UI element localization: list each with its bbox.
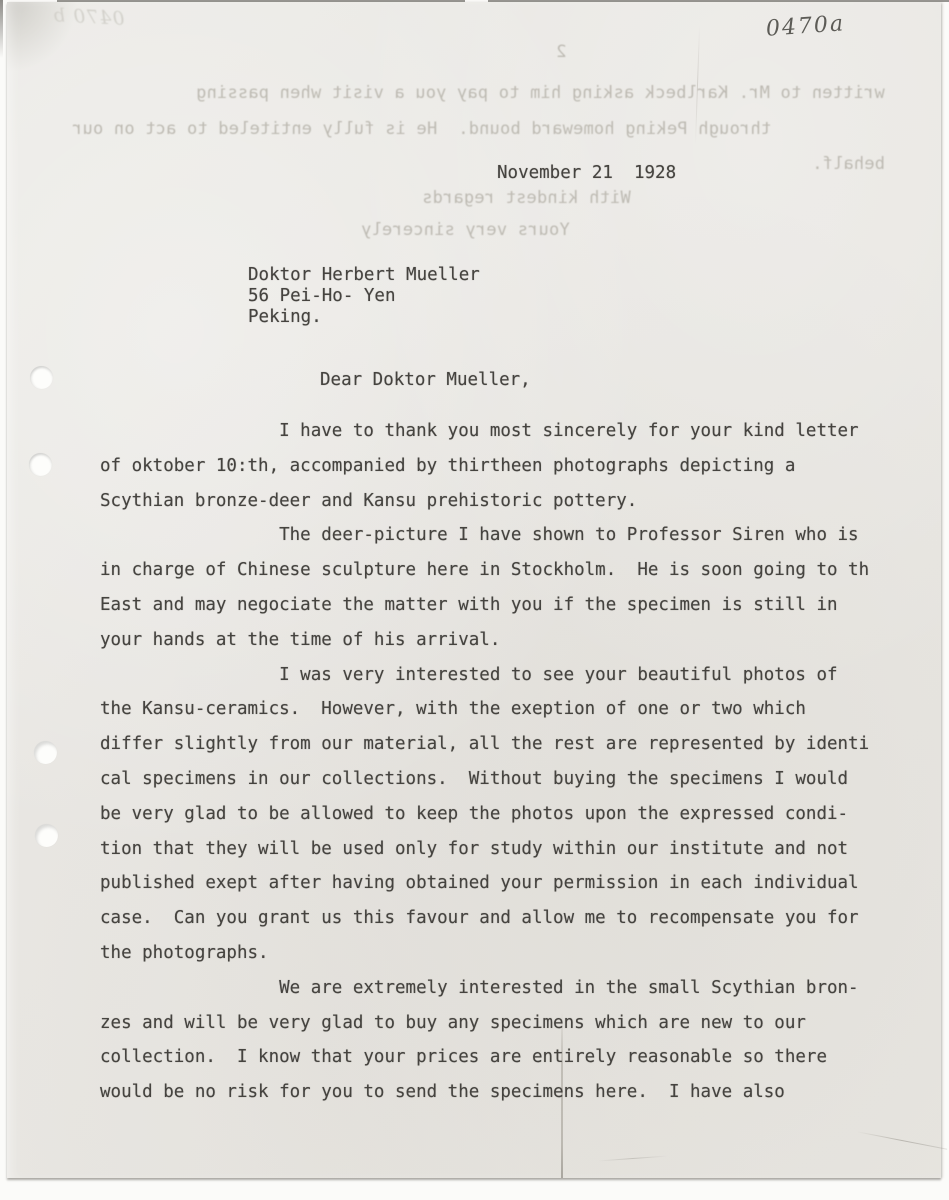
text-line: Doktor Herbert Mueller [248, 265, 480, 286]
bleedthrough-text-line: Yours very sincerely [361, 220, 570, 240]
text-line: of oktober 10:th, accompanied by thirthe… [100, 449, 869, 484]
bleedthrough-text-line: behalf. [812, 154, 885, 174]
text-line: Peking. [248, 307, 480, 328]
text-line: I was very interested to see your beauti… [100, 658, 869, 693]
text-line: Scythian bronze-deer and Kansu prehistor… [100, 484, 869, 519]
punch-hole [34, 741, 57, 764]
text-line: I have to thank you most sincerely for y… [100, 414, 869, 449]
text-line: published exept after having obtained yo… [100, 866, 869, 901]
text-line: case. Can you grant us this favour and a… [100, 901, 869, 936]
text-line: tion that they will be used only for stu… [100, 832, 869, 867]
text-line: The deer-picture I have shown to Profess… [100, 518, 869, 553]
scanned-letter-document: 0470a 0470 b 2 written to Mr. Karlbeck a… [0, 0, 949, 1200]
text-line: in charge of Chinese sculpture here in S… [100, 553, 869, 588]
scan-edge-artifact [0, 0, 3, 58]
recipient-address: Doktor Herbert Mueller56 Pei-Ho- YenPeki… [248, 265, 480, 328]
text-line: cal specimens in our collections. Withou… [100, 762, 869, 797]
text-line: We are extremely interested in the small… [100, 971, 869, 1006]
text-line: be very glad to be allowed to keep the p… [100, 797, 869, 832]
punch-hole [30, 366, 53, 389]
letter-date: November 21 1928 [497, 163, 676, 183]
bleedthrough-text-line: With kindest regards [422, 188, 631, 208]
text-line: your hands at the time of his arrival. [100, 623, 869, 658]
letter-body: I have to thank you most sincerely for y… [100, 414, 869, 1110]
bleedthrough-text-line: written to Mr. Karlbeck asking him to pa… [196, 83, 885, 103]
bleedthrough-page-number: 2 [556, 42, 566, 62]
text-line: zes and will be very glad to buy any spe… [100, 1006, 869, 1041]
text-line: differ slightly from our material, all t… [100, 727, 869, 762]
bleedthrough-text-line: through Peking homeward bound. He is ful… [72, 119, 771, 139]
text-line: the photographs. [100, 936, 869, 971]
punch-hole [29, 453, 52, 476]
text-line: the Kansu-ceramics. However, with the ex… [100, 692, 869, 727]
catalog-number-bleedthrough: 0470 b [51, 4, 125, 30]
scan-edge-artifact [57, 0, 465, 2]
scan-edge-artifact [488, 0, 949, 2]
text-line: 56 Pei-Ho- Yen [248, 286, 480, 307]
punch-hole [35, 824, 58, 847]
text-line: collection. I know that your prices are … [100, 1040, 869, 1075]
text-line: East and may negociate the matter with y… [100, 588, 869, 623]
text-line: would be no risk for you to send the spe… [100, 1075, 869, 1110]
salutation: Dear Doktor Mueller, [320, 370, 531, 390]
